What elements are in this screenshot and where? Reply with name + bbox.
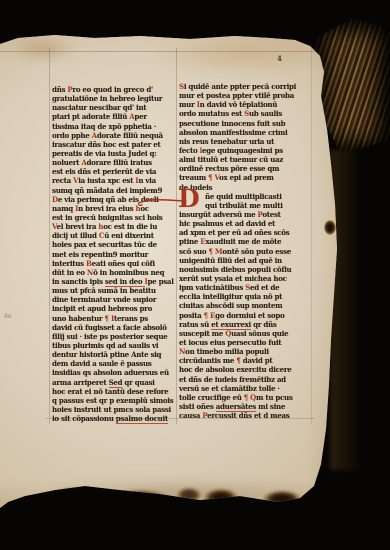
body-text: terans ps	[114, 314, 148, 323]
manuscript-text-line: et dñs de iudeis fremētibz ad	[179, 375, 311, 384]
body-text: go dormiui et sopo	[215, 311, 284, 320]
manuscript-text-line: ratus sū et exurrexi qr dñs	[179, 320, 311, 329]
manuscript-text-line: fecto lege quinquagesimi ps	[179, 146, 311, 155]
manuscript-text-line: absolon manifestissime crimi	[179, 128, 311, 137]
body-text: pereatis de via iusta Judei q:	[52, 149, 157, 158]
body-text: ptine	[179, 237, 200, 246]
body-text: n david vō tēplationū	[200, 100, 277, 109]
manuscript-text-line: almi titulū et tuemur cū uaz	[179, 155, 311, 164]
manuscript-text-line: et iocus eius persecutio fuit	[179, 338, 311, 347]
body-text: met eis repentin9 moritur	[52, 250, 148, 259]
body-text: ercussit dñs et d meas	[207, 411, 289, 420]
body-text: ad xpm et per eū ad oñes scōs	[179, 228, 289, 237]
body-text: nis reus tenebatur uria ut	[179, 137, 274, 146]
manuscript-text-line: Non timebo milia populi	[179, 347, 311, 356]
body-text: fecto	[179, 146, 200, 155]
manuscript-text-line: ordo mutatus est Sub saulis	[179, 109, 311, 118]
body-text: nouissimis diebus populi cōflu	[179, 265, 291, 274]
manuscript-text-line: dicij ut illud Cū eni dixerint	[52, 231, 178, 240]
body-text: dine terminatur vnde supior	[52, 295, 156, 304]
body-text: ordo pphe	[52, 131, 92, 140]
folio-number: 4	[277, 54, 282, 63]
manuscript-text-line: recta Via iusta xpc est In via	[52, 176, 178, 185]
manuscript-text-line: ad xpm et per eū ad oñes scōs	[179, 228, 311, 237]
body-text: n brevi ira eius	[78, 204, 135, 213]
manuscript-text-line: xerūt sut ysaia et michea hoc	[179, 274, 311, 283]
body-text: almi titulū et tuemur cū uaz	[179, 155, 283, 164]
body-text: david pt	[243, 356, 273, 365]
body-text: circūdantis me	[179, 356, 236, 365]
body-text: tibus plurimis qd ad saulis vi	[52, 341, 158, 350]
body-text: dentur historiā ptine Ante siq	[52, 350, 161, 359]
manuscript-text-line: q passus est qr p exemplū simois	[52, 396, 178, 405]
burn-stain	[262, 490, 302, 508]
body-text: posita	[179, 311, 204, 320]
body-text: dem david a saule ē passus	[52, 359, 152, 368]
body-text: ñe quid multiplicasti	[205, 192, 282, 201]
body-text: nasciatur nescibar qd' int	[52, 103, 146, 112]
body-text: uno habentur	[52, 314, 105, 323]
manuscript-text-line: dñs Pro eo quod in greco d'	[52, 85, 178, 94]
body-text: ū eni dixerint	[104, 231, 154, 240]
manuscript-text-line: mus ut pfcā sumā in beatitu	[52, 286, 178, 295]
body-text: qr quasi	[122, 378, 154, 387]
body-text: tissima itaq de xpō pphetia ·	[52, 122, 156, 131]
body-text: ratus sū	[179, 320, 211, 329]
initial-pen-flourish-icon	[136, 194, 188, 208]
body-text: tolle crucifige eū	[179, 393, 244, 402]
burn-stain	[203, 488, 239, 508]
manuscript-text-line: pereatis de via iusta Judei q:	[52, 149, 178, 158]
body-text: suscepit me	[179, 329, 225, 338]
body-text: el brevi ira	[57, 222, 99, 231]
body-text: ed et de	[250, 283, 279, 292]
body-text: oc est in die iu	[103, 222, 157, 231]
body-text: ecclia intelligitur quia nō pt	[179, 292, 282, 301]
body-text: interitus	[52, 259, 86, 268]
manuscript-text-line: tissima itaq de xpō pphetia ·	[52, 122, 178, 131]
manuscript-text-line: Vel brevi ira hoc est in die iu	[52, 222, 178, 231]
manuscript-text-line: in sanctis ipis sed in deo Ipe psal	[52, 277, 178, 286]
body-text: psecutione innocens fuit sub	[179, 119, 285, 128]
text-column-left: dñs Pro eo quod in greco d'gratulatiōne …	[52, 85, 178, 423]
body-text: in sanctis ipis	[52, 277, 105, 286]
body-text: hic psalmus et ad david et	[179, 219, 275, 228]
body-text: ub saulis	[249, 109, 282, 118]
manuscript-text-line: posita ¶ Ego dormiui et sopo	[179, 311, 311, 320]
burn-stain	[108, 489, 172, 513]
manuscript-text-line: suscepit me Quasi sōnus quie	[179, 329, 311, 338]
body-text: mi sine	[256, 402, 285, 411]
manuscript-text-line: dine terminatur vnde supior	[52, 295, 178, 304]
manuscript-text-line: ecclia intelligitur quia nō pt	[179, 292, 311, 301]
manuscript-text-line: scō suo ¶ Montē sōn puto esse	[179, 247, 311, 256]
ruling-line	[311, 48, 312, 424]
manuscript-text-line: hoc erat ei nō tantū dese refore	[52, 387, 178, 396]
manuscript-text-line: nis reus tenebatur uria ut	[179, 137, 311, 146]
manuscript-text-line: versū se et clamātibz tolle ·	[179, 384, 311, 393]
manuscript-text-line: sisti oñes aduersātes mi sine	[179, 402, 311, 411]
body-text: et dñs de iudeis fremētibz ad	[179, 375, 286, 384]
manuscript-text-line: gratulatiōne in hebreo legitur	[52, 94, 178, 103]
body-text: recta	[52, 176, 73, 185]
manuscript-text-line: uno habentur ¶ Iterans ps	[52, 314, 178, 323]
body-text: dūt in eo	[52, 268, 87, 277]
body-text: hoies instruit ut pmcs sola passi	[52, 405, 171, 414]
body-text: n via	[138, 176, 156, 185]
manuscript-text-line: noluert Adorare filiū iratus	[52, 158, 178, 167]
manuscript-text-line: ordinē rectus pōre esse qm	[179, 164, 311, 173]
body-text: noluert	[52, 158, 81, 167]
body-text: uasi sōnus quie	[231, 329, 288, 338]
body-text: est in grecū bnignitas sci hois	[52, 213, 162, 222]
body-text: dorare filiū iratus	[87, 158, 152, 167]
manuscript-text-line: nasciatur nescibar qd' int	[52, 103, 178, 112]
body-text: ontē sōn puto esse	[222, 247, 291, 256]
body-text: psalmo docuit	[116, 414, 168, 424]
body-text: hoc de absolon exercitu dicere	[179, 365, 292, 374]
body-text: xerūt sut ysaia et michea hoc	[179, 274, 287, 283]
body-text: arma arriperet	[52, 378, 109, 387]
body-text: insidias qs absolon aduersus eū	[52, 368, 169, 377]
manuscript-text-line: hic psalmus et ad david et	[179, 219, 311, 228]
manuscript-text-line: david cū fugisset a facie absolō	[52, 323, 178, 332]
body-text: ō in hominibus neq	[93, 268, 164, 277]
body-text: est eis dñs et perierūt de via	[52, 167, 156, 176]
body-text: hoies pax et securitas tūc de	[52, 240, 157, 249]
burn-stain	[50, 487, 102, 507]
body-text: absolon manifestissime crimi	[179, 128, 287, 137]
manuscript-text-line: mur et postea ppter vtilē proba	[179, 91, 311, 100]
manuscript-text-line: incipit et apud hebreos pro	[52, 304, 178, 313]
body-text: filij sui · iste ps posterior seque	[52, 332, 167, 341]
manuscript-page: 4 n̄o dñs Pro eo quod in greco d'gratula…	[0, 34, 344, 518]
manuscript-text-line: Si quidē ante ppter pecā corripi	[179, 82, 311, 91]
body-text: ox epi ad prem	[219, 173, 274, 182]
manuscript-text-line: treaum ¶ Vox epi ad prem	[179, 173, 311, 182]
ruling-line	[49, 48, 50, 424]
manuscript-text-line: insidias qs absolon aduersus eū	[52, 368, 178, 377]
body-text: et iocus eius persecutio fuit	[179, 338, 281, 347]
bottom-edge-smear	[40, 480, 320, 508]
manuscript-text-line: mur In david vō tēplationū	[179, 100, 311, 109]
body-text: eati oñes qui cōfi	[92, 259, 155, 268]
body-text: causa	[179, 411, 202, 420]
manuscript-text-line: tibus plurimis qd ad saulis vi	[52, 341, 178, 350]
body-text: ro eo quod in greco d'	[72, 85, 152, 94]
body-text: otest	[262, 210, 280, 219]
manuscript-text-line: ordo pphe Adorate filiū nequā	[52, 131, 178, 140]
page-edge-shadow	[330, 150, 360, 470]
manuscript-text-line: arma arriperet Sed qr quasi	[52, 378, 178, 387]
manuscript-text-line: hoc de absolon exercitu dicere	[179, 365, 311, 374]
manuscript-text-line: ipm vaticinātibus Sed et de	[179, 283, 311, 292]
manuscript-text-line: circūdantis me ¶ david pt	[179, 356, 311, 365]
body-text: namq	[52, 204, 75, 213]
burn-stain	[176, 487, 202, 503]
body-text: mur et postea ppter vtilē proba	[179, 91, 294, 100]
body-text: ia iusta xpc est	[78, 176, 135, 185]
body-text: per	[134, 112, 146, 121]
body-text: scō suo	[179, 247, 208, 256]
body-text: mus ut pfcā sumā in beatitu	[52, 286, 156, 295]
body-text: ipm vaticinātibus	[179, 283, 245, 292]
manuscript-text-line: hoies instruit ut pmcs sola passi	[52, 405, 178, 414]
body-text: ordinē rectus pōre esse qm	[179, 164, 279, 173]
body-text: dñs	[52, 85, 67, 94]
body-text: versū se et clamātibz tolle ·	[179, 384, 280, 393]
body-text: gratulatiōne in hebreo legitur	[52, 94, 162, 103]
manuscript-text-line: nouissimis diebus populi cōflu	[179, 265, 311, 274]
manuscript-text-line: causa Percussit dñs et d meas	[179, 411, 311, 420]
body-text: qui tribulāt me multi	[205, 201, 283, 210]
manuscript-text-line: ciuitas abscōdi sup montem	[179, 301, 311, 310]
margin-annotation: n̄o	[4, 313, 11, 320]
body-text: dorate filiū nequā	[97, 131, 163, 140]
body-text: ordo mutatus est	[179, 109, 244, 118]
wormhole	[324, 220, 336, 235]
manuscript-text-line: est eis dñs et perierūt de via	[52, 167, 178, 176]
manuscript-text-line: ptine Exaudiuit me de mōte	[179, 237, 311, 246]
body-text: xaudiuit me de mōte	[205, 237, 281, 246]
body-text: hoc erat ei nō tantū dese refore	[52, 387, 168, 396]
body-text: dicij ut illud	[52, 231, 99, 240]
body-text: ciuitas abscōdi sup montem	[179, 301, 282, 310]
body-text: m tu pcus	[256, 393, 293, 402]
body-text: unigenitū filiū dei ad quē in	[179, 256, 282, 265]
manuscript-text-line: hoies pax et securitas tūc de	[52, 240, 178, 249]
manuscript-text-line: ptari pt adorate filiū Aper	[52, 112, 178, 121]
manuscript-text-line: est in grecū bnignitas sci hois	[52, 213, 178, 222]
body-text: io sit cōpassionu	[52, 414, 116, 423]
manuscript-text-line: irascatur dñs hoc est pater et	[52, 140, 178, 149]
tan-stain	[150, 34, 330, 74]
tan-stain	[8, 36, 78, 62]
body-text: incipit et apud hebreos pro	[52, 304, 152, 313]
manuscript-text-line: met eis repentin9 moritur	[52, 250, 178, 259]
body-text: ege quinquagesimi ps	[202, 146, 283, 155]
body-text: ptari pt adorate filiū	[52, 112, 129, 121]
body-text: on timebo milia populi	[185, 347, 269, 356]
body-text: qr dñs	[251, 320, 277, 329]
body-text: i quidē ante ppter pecā corripi	[184, 82, 296, 91]
manuscript-text-line: tolle crucifige eū ¶ Qm tu pcus	[179, 393, 311, 402]
manuscript-text-line: interitus Beati oñes qui cōfi	[52, 259, 178, 268]
body-text: irascatur dñs hoc est pater et	[52, 140, 160, 149]
manuscript-text-line: dentur historiā ptine Ante siq	[52, 350, 178, 359]
body-text: mur	[179, 100, 197, 109]
manuscript-photo: 4 n̄o dñs Pro eo quod in greco d'gratula…	[0, 0, 390, 550]
manuscript-text-line: io sit cōpassionu psalmo docuit	[52, 414, 178, 423]
manuscript-text-line: unigenitū filiū dei ad quē in	[179, 256, 311, 265]
body-text: pe psal	[148, 277, 174, 286]
body-text: sisti oñes	[179, 402, 216, 411]
body-text: q passus est qr p exemplū simois	[52, 396, 173, 405]
manuscript-text-line: dem david a saule ē passus	[52, 359, 178, 368]
body-text: david cū fugisset a facie absolō	[52, 323, 167, 332]
manuscript-text-line: psecutione innocens fuit sub	[179, 119, 311, 128]
manuscript-text-line: filij sui · iste ps posterior seque	[52, 332, 178, 341]
body-text: treaum	[179, 173, 208, 182]
manuscript-text-line: dūt in eo Nō in hominibus neq	[52, 268, 178, 277]
text-column-right: Si quidē ante ppter pecā corripimur et p…	[179, 82, 311, 420]
